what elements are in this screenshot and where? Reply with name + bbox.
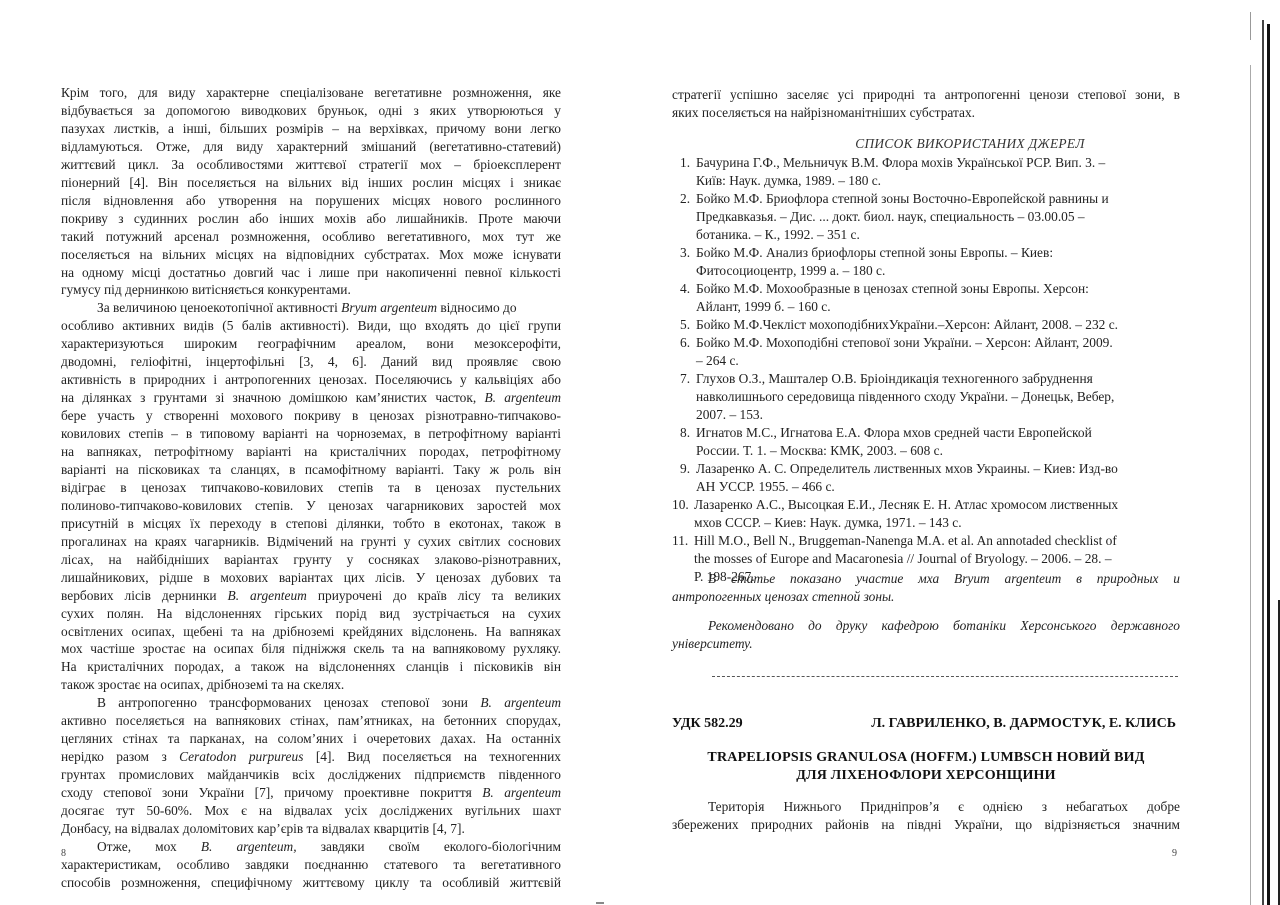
body-text-line: вербових лісів дернинки B. argenteum при… xyxy=(61,587,561,605)
article-authors: Л. ГАВРИЛЕНКО, В. ДАРМОСТУК, Е. КЛИСЬ xyxy=(871,716,1176,732)
body-text-line: активно поселяється на вапнякових стінах… xyxy=(61,712,561,730)
reference-line: России. Т. 1. – Москва: КМК, 2003. – 608… xyxy=(680,442,1180,460)
body-text-line: нерідко разом з Ceratodon purpureus [4].… xyxy=(61,748,561,766)
reference-line: 1.Бачурина Г.Ф., Мельничук В.М. Флора мо… xyxy=(680,154,1180,172)
reference-number: 4. xyxy=(680,280,696,298)
body-text-line: полиново-типчаково-ковилових степів. У ц… xyxy=(61,497,561,515)
body-text-line: відбувається за допомогою виводкових бру… xyxy=(61,102,561,120)
reference-line: Київ: Наук. думка, 1989. – 180 с. xyxy=(680,172,1180,190)
body-text-line: На кристалічних породах, а також на відс… xyxy=(61,658,561,676)
body-text-line: В антропогенно трансформованих ценозах с… xyxy=(61,694,561,712)
body-text-line: Донбасу, на відвалах доломітових кар’єрі… xyxy=(61,820,561,838)
reference-number: 1. xyxy=(680,154,696,172)
body-text-line: відламуються. Отже, для виду характерний… xyxy=(61,138,561,156)
reference-line: 7.Глухов О.З., Машталер О.В. Бріоіндикац… xyxy=(680,370,1180,388)
reference-line: – 264 с. xyxy=(680,352,1180,370)
reference-line: мхов СССР. – Киев: Наук. думка, 1971. – … xyxy=(672,514,1180,532)
scan-mark xyxy=(596,902,604,904)
body-text-line: прогалинах на краях чагарників. Відмічен… xyxy=(61,533,561,551)
body-text-line: бере участь у створенні мохового покриву… xyxy=(61,407,561,425)
scan-edge-line xyxy=(1267,0,1270,905)
page-number-right: 9 xyxy=(1172,848,1177,859)
body-text-line: цегляних стінах та парканах, на солом’ян… xyxy=(61,730,561,748)
reference-line: 11.Hill M.O., Bell N., Bruggeman-Nanenga… xyxy=(672,532,1180,550)
reference-line: навколишнього середовища південного сход… xyxy=(680,388,1180,406)
body-text-line: після відновлення або утворення на поруш… xyxy=(61,192,561,210)
body-text-line: також зростає на осипах, дрібноземі та н… xyxy=(61,676,561,694)
species-name: B. argenteum xyxy=(484,390,561,405)
body-text-line: характеристикам, особливо завдяки поєдна… xyxy=(61,856,561,874)
body-text-line: на вапняках, петрофітному варіанті на кр… xyxy=(61,443,561,461)
body-text-line: дводомні, геліофітні, інцертофільні [3, … xyxy=(61,353,561,371)
scan-edge-line xyxy=(1250,0,1251,905)
reference-number: 11. xyxy=(672,532,694,550)
abstract-line: В статье показано участие мха Bryum arge… xyxy=(672,570,1180,588)
reference-line: Предкавказья. – Дис. ... докт. биол. нау… xyxy=(680,208,1180,226)
body-text-line: на одному місці достатньо довгий час і л… xyxy=(61,264,561,282)
body-text-line: присутній в місцях їх переходу в степові… xyxy=(61,515,561,533)
page-number-left: 8 xyxy=(61,848,66,859)
reference-line: 10.Лазаренко А.С., Высоцкая Е.И., Лесняк… xyxy=(672,496,1180,514)
reference-line: 9.Лазаренко А. С. Определитель лиственны… xyxy=(680,460,1180,478)
right-page: стратегії успішно заселяє усі природні т… xyxy=(640,0,1280,905)
body-text-line: покриву з судинних рослин або інших мохі… xyxy=(61,210,561,228)
body-text-line: активність в природних і антропогенних ц… xyxy=(61,371,561,389)
body-text-line: збережених природних районів на півдні У… xyxy=(672,816,1180,834)
reference-line: АН УССР. 1955. – 466 с. xyxy=(680,478,1180,496)
species-name: B. argenteum xyxy=(480,695,561,710)
body-text-line: Територія Нижнього Придніпров’я є однією… xyxy=(672,798,1180,816)
body-text-line: сходу степової зони України [7], причому… xyxy=(61,784,561,802)
species-name: B. argenteum, xyxy=(201,839,297,854)
body-text-line: характеризуються широким географічним ар… xyxy=(61,335,561,353)
reference-number: 2. xyxy=(680,190,696,208)
body-text-line: ковилових степів – в типовому варіанті н… xyxy=(61,425,561,443)
recommendation-line: університету. xyxy=(672,635,1180,653)
abstract-line: антропогенных ценозах степной зоны. xyxy=(672,588,1180,606)
references-heading: СПИСОК ВИКОРИСТАНИХ ДЖЕРЕЛ xyxy=(640,135,1280,153)
article-title-line-1: TRAPELIOPSIS GRANULOSA (HOFFM.) LUMBSCH … xyxy=(672,750,1180,766)
body-text-line: пазухах листків, а інші, більших розмірі… xyxy=(61,120,561,138)
body-text-line: Крім того, для виду характерне спеціаліз… xyxy=(61,84,561,102)
body-text-line: лісах, на найбідніших варіантах грунту у… xyxy=(61,551,561,569)
body-text-line: способів розмноження, специфічному життє… xyxy=(61,874,561,892)
species-name: Ceratodon purpureus xyxy=(179,749,303,764)
reference-line: 2.Бойко М.Ф. Бриофлора степной зоны Вост… xyxy=(680,190,1180,208)
reference-number: 3. xyxy=(680,244,696,262)
body-text-line: стратегії успішно заселяє усі природні т… xyxy=(672,86,1180,104)
article-title-line-2: ДЛЯ ЛІХЕНОФЛОРИ ХЕРСОНЩИНИ xyxy=(672,768,1180,784)
reference-line: 6.Бойко М.Ф. Мохоподібні степової зони У… xyxy=(680,334,1180,352)
reference-line: 2007. – 153. xyxy=(680,406,1180,424)
body-text-line: досягає тут 50-60%. Мох є на відвалах ус… xyxy=(61,802,561,820)
reference-number: 5. xyxy=(680,316,696,334)
left-page: Крім того, для виду характерне спеціаліз… xyxy=(0,0,640,905)
body-text-line: яких поселяється на найрізноманітніших с… xyxy=(672,104,1180,122)
body-text-line: життєвий цикл. За особливостями життєвої… xyxy=(61,156,561,174)
body-text-line: піонерний [4]. Він поселяється на вільни… xyxy=(61,174,561,192)
reference-number: 10. xyxy=(672,496,694,514)
reference-line: 3.Бойко М.Ф. Анализ бриофлоры степной зо… xyxy=(680,244,1180,262)
body-text-line: на ділянках з грунтами зі значною домішк… xyxy=(61,389,561,407)
body-text-line: За величиною ценоекотопічної активності … xyxy=(61,299,561,317)
body-text-line: грунтах промислових майданчиків всіх дос… xyxy=(61,766,561,784)
body-text-line: сухих полян. На відслоненнях гірських по… xyxy=(61,605,561,623)
scan-edge-line xyxy=(1262,0,1264,905)
body-text-line: поселяється на вільних місцях на відпові… xyxy=(61,246,561,264)
reference-line: 5.Бойко М.Ф.Чекліст мохоподібнихУкраїни.… xyxy=(680,316,1180,334)
reference-number: 7. xyxy=(680,370,696,388)
body-text-line: відіграє в ценозах типчаково-ковилових с… xyxy=(61,479,561,497)
reference-number: 9. xyxy=(680,460,696,478)
body-text-line: варіанті на пісковиках та сланцях, в пса… xyxy=(61,461,561,479)
body-text-line: лишайникових, рідше в мохових варіантах … xyxy=(61,569,561,587)
reference-line: the mosses of Europe and Macaronesia // … xyxy=(672,550,1180,568)
reference-line: 8.Игнатов М.С., Игнатова Е.А. Флора мхов… xyxy=(680,424,1180,442)
reference-line: Фитосоциоцентр, 1999 а. – 180 с. xyxy=(680,262,1180,280)
species-name: B. argenteum xyxy=(482,785,561,800)
reference-line: 4.Бойко М.Ф. Мохообразные в ценозах степ… xyxy=(680,280,1180,298)
body-text-line: такий потужний арсенал розмноження, особ… xyxy=(61,228,561,246)
reference-line: ботаника. – К., 1992. – 351 с. xyxy=(680,226,1180,244)
species-name: Bryum argenteum xyxy=(341,300,437,315)
udk-code: УДК 582.29 xyxy=(672,716,743,732)
body-text-line: Отже, мох B. argenteum, завдяки своїм ек… xyxy=(61,838,561,856)
body-text-line: освітлених осипах, щебені та на дрібнозе… xyxy=(61,623,561,641)
section-divider xyxy=(712,676,1178,677)
body-text-line: особливо активних видів (5 балів активно… xyxy=(61,317,561,335)
reference-line: Айлант, 1999 б. – 160 с. xyxy=(680,298,1180,316)
reference-number: 8. xyxy=(680,424,696,442)
body-text-line: гумусу під дернинкою витісняється конкур… xyxy=(61,281,561,299)
species-name: B. argenteum xyxy=(228,588,307,603)
body-text-line: мох частіше зростає на осипах біля підні… xyxy=(61,640,561,658)
recommendation-line: Рекомендовано до друку кафедрою ботаніки… xyxy=(672,617,1180,635)
reference-number: 6. xyxy=(680,334,696,352)
